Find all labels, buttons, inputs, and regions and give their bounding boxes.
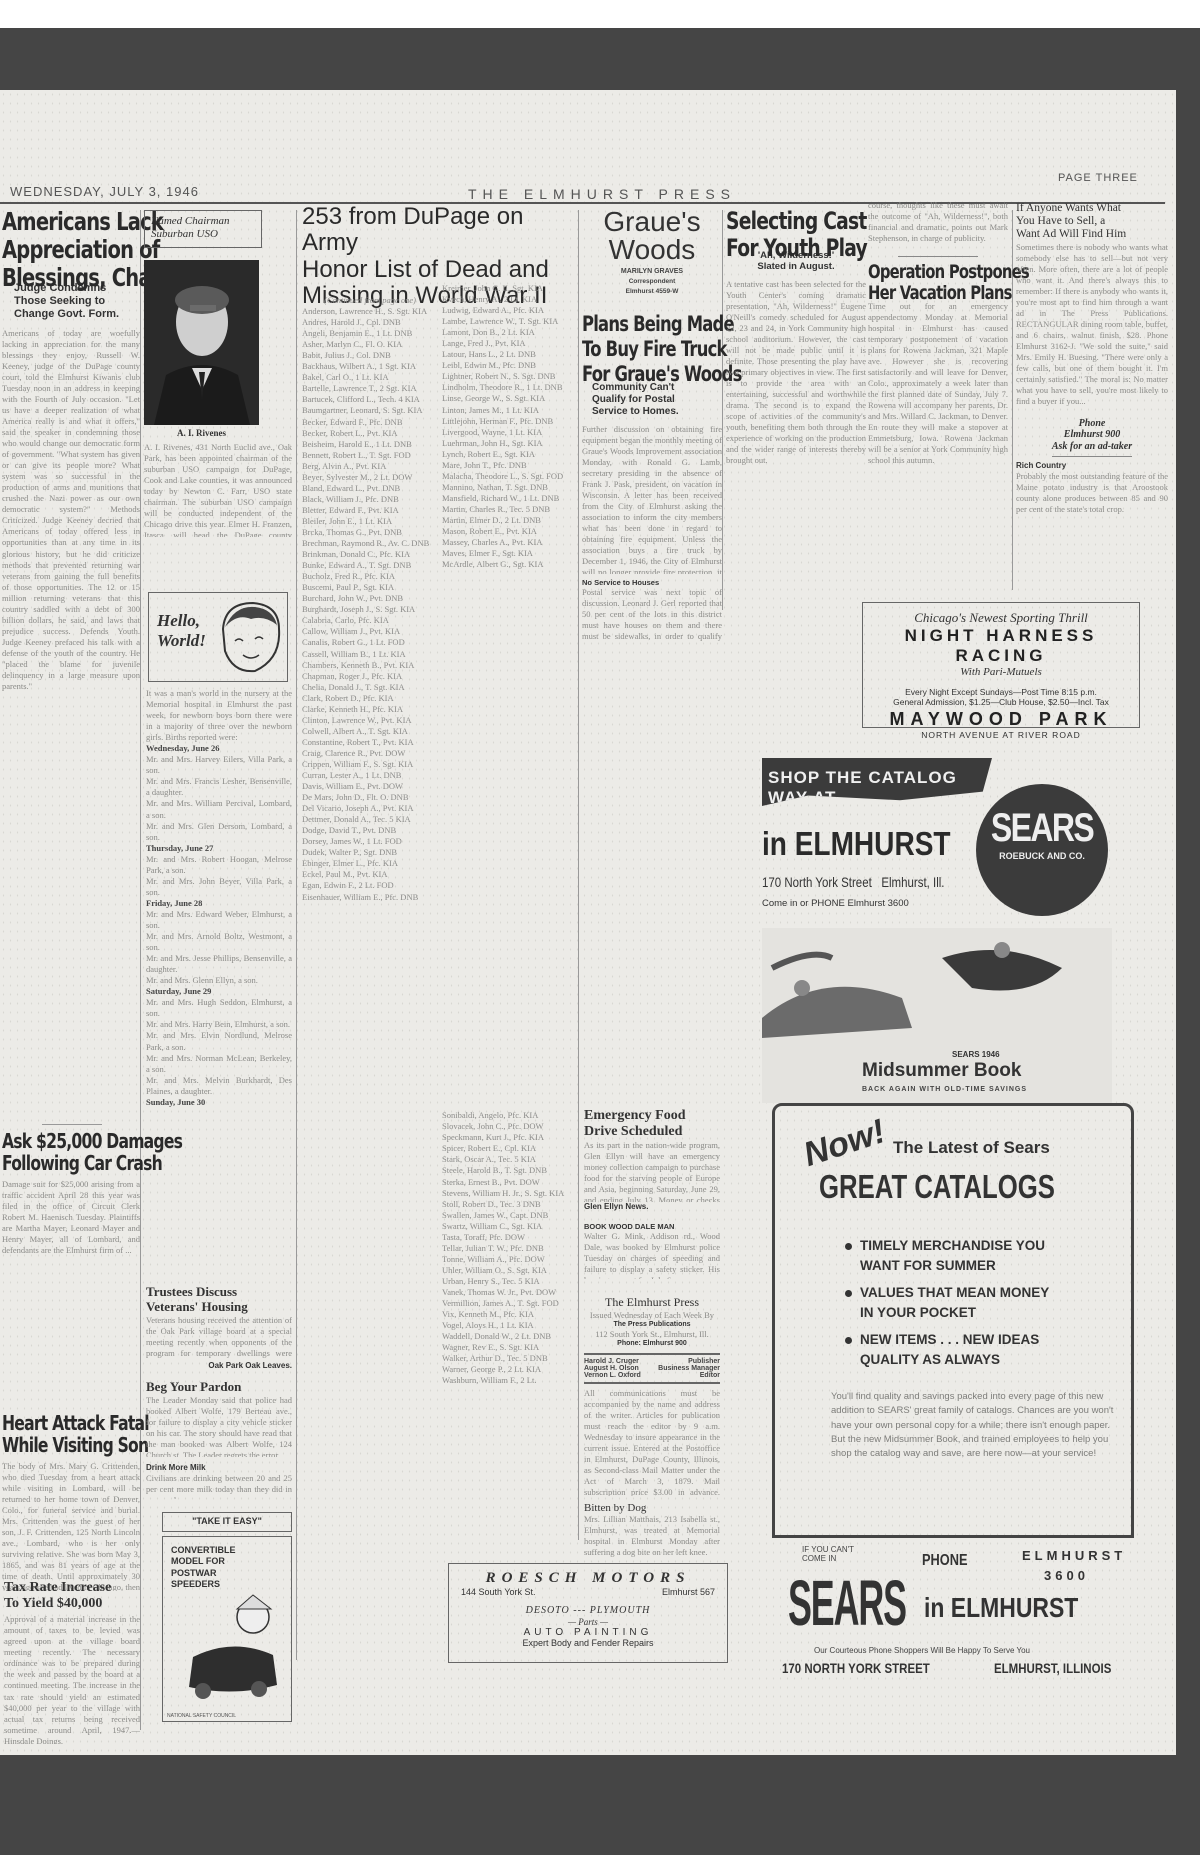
list-item: Buscemi, Paul P., Sgt. KIA bbox=[302, 582, 438, 593]
headline: Plans Being Made To Buy Fire Truck For G… bbox=[582, 312, 722, 388]
list-item: Martin, Elmer D., 2 Lt. DNB bbox=[442, 515, 578, 526]
list-item: Kvech, Henry A., 2 Lt. KIA bbox=[442, 294, 578, 305]
list-item: Mansfield, Richard W., 1 Lt. DNB bbox=[442, 493, 578, 504]
ad-harness-racing: Chicago's Newest Sporting Thrill NIGHT H… bbox=[862, 602, 1140, 728]
sears-city: in ELMHURST bbox=[762, 825, 951, 863]
list-item: Black, William J., Pfc. DNB bbox=[302, 494, 438, 505]
list-item: Mr. and Mrs. Harvey Eilers, Villa Park, … bbox=[146, 754, 292, 776]
list-item: Bennett, Robert L., T. Sgt. FOD bbox=[302, 450, 438, 461]
list-item: Linton, James M., 1 Lt. KIA bbox=[442, 405, 578, 416]
list-item: Chambers, Kenneth B., Pvt. KIA bbox=[302, 660, 438, 671]
list-item: Dettmer, Donald A., Tec. 5 KIA bbox=[302, 814, 438, 825]
staff-row: Harold J. CrugerPublisher bbox=[584, 1358, 720, 1365]
list-item: Stoll, Robert D., Tec. 3 DNB bbox=[442, 1199, 578, 1210]
list-item: Clarke, Kenneth H., Pfc. KIA bbox=[302, 704, 438, 715]
list-item: Mr. and Mrs. Harry Bein, Elmhurst, a son… bbox=[146, 1019, 292, 1030]
list-item: Lynch, Robert E., Sgt. KIA bbox=[442, 449, 578, 460]
list-item: Washburn, William F., 2 Lt. bbox=[442, 1375, 578, 1386]
beach-scene-icon bbox=[762, 928, 1112, 1048]
list-item: Maves, Elmer F., Sgt. KIA bbox=[442, 548, 578, 559]
list-item: Beisheim, Harold E., 1 Lt. DNB bbox=[302, 439, 438, 450]
births-day: Thursday, June 27 bbox=[146, 843, 292, 854]
article-body: Veterans housing received the attention … bbox=[146, 1315, 292, 1361]
list-item: Backhaus, Wilbert A., 1 Sgt. KIA bbox=[302, 361, 438, 372]
list-item: Becker, Robert L., Pvt. KIA bbox=[302, 428, 438, 439]
list-item: Malacha, Theodore L., S. Sgt. FOD bbox=[442, 471, 578, 482]
sears-great-catalogs: Now! The Latest of Sears GREAT CATALOGS … bbox=[772, 1103, 1134, 1538]
list-item: Lamont, Don B., 2 Lt. KIA bbox=[442, 327, 578, 338]
list-item: Brechman, Raymond R., Av. C. DNB bbox=[302, 538, 438, 549]
list-item: Callow, William J., Pvt. KIA bbox=[302, 626, 438, 637]
baby-face-icon bbox=[215, 599, 285, 677]
births-day: Sunday, June 30 bbox=[146, 1097, 292, 1108]
list-item: Mr. and Mrs. Norman McLean, Berkeley, a … bbox=[146, 1053, 292, 1075]
named-chairman-box: Named Chairman Suburban USO bbox=[144, 210, 262, 248]
list-item: Mannino, Nathan, T. Sgt. DNB bbox=[442, 482, 578, 493]
article-ask-damages: Ask $25,000 Damages Following Car Crash … bbox=[2, 1130, 140, 1389]
list-item: Leibl, Edwin M., Pfc. DNB bbox=[442, 360, 578, 371]
list-item: Bunke, Edward A., T. Sgt. DNB bbox=[302, 560, 438, 571]
births-day: Saturday, June 29 bbox=[146, 986, 292, 997]
article-americans: Americans Lack Appreciation of Blessings… bbox=[2, 208, 140, 988]
list-item: Dudek, Walter P., Sgt. DNB bbox=[302, 847, 438, 858]
honor-list-column-2: Kreimer, John C. II, Sgt. KIAKvech, Henr… bbox=[442, 283, 578, 1523]
list-item: Craig, Clarence R., Pvt. DOW bbox=[302, 748, 438, 759]
list-item: McArdle, Albert G., Sgt. KIA bbox=[442, 559, 578, 570]
hello-world-box: Hello, World! bbox=[148, 592, 288, 682]
list-item: Tasta, Toraff, Pfc. DOW bbox=[442, 1232, 578, 1243]
sears-phone-ad: IF YOU CAN'T COME IN SEARS PHONE ELMHURS… bbox=[772, 1542, 1152, 1692]
list-item: Curran, Lester A., 1 Lt. DNB bbox=[302, 770, 438, 781]
list-item: Vanek, Thomas W. Jr., Pvt. DOW bbox=[442, 1287, 578, 1298]
list-item: Mr. and Mrs. Melvin Burkhardt, Des Plain… bbox=[146, 1075, 292, 1097]
article-heart-attack: Heart Attack Fatal While Visiting Son Th… bbox=[2, 1412, 140, 1591]
column-rule bbox=[296, 210, 297, 1660]
portrait-photo bbox=[144, 260, 259, 425]
article-body: Damage suit for $25,000 arising from a t… bbox=[2, 1179, 140, 1389]
list-item: Uhler, William O., S. Sgt. KIA bbox=[442, 1265, 578, 1276]
staff-row: August H. OlsonBusiness Manager bbox=[584, 1365, 720, 1372]
take-it-easy-cartoon: CONVERTIBLE MODEL FOR POSTWAR SPEEDERS N… bbox=[162, 1536, 292, 1722]
sears-banner: SHOP THE CATALOG WAY AT bbox=[762, 758, 992, 806]
column-rule bbox=[722, 210, 723, 610]
list-item: Constantine, Robert T., Pvt. KIA bbox=[302, 737, 438, 748]
list-item: Bucholz, Fred R., Pfc. KIA bbox=[302, 571, 438, 582]
list-item: Latour, Hans L., 2 Lt. DNB bbox=[442, 349, 578, 360]
list-item: Mr. and Mrs. Jesse Phillips, Bensenville… bbox=[146, 953, 292, 975]
list-item: Kreimer, John C. II, Sgt. KIA bbox=[442, 283, 578, 294]
list-item: Wagner, Rev E., S. Sgt. KIA bbox=[442, 1342, 578, 1353]
list-item: Mr. and Mrs. Glenn Ellyn, a son. bbox=[146, 975, 292, 986]
article-body: A. I. Rivenes, 431 North Euclid ave., Oa… bbox=[144, 442, 292, 537]
list-item: Mr. and Mrs. Arnold Boltz, Westmont, a s… bbox=[146, 931, 292, 953]
list-item: Becker, Edward F., Pfc. DNB bbox=[302, 417, 438, 428]
list-item: Mr. and Mrs. Glen Dersom, Lombard, a son… bbox=[146, 821, 292, 843]
sears-logo: SEARS ROEBUCK AND CO. bbox=[976, 784, 1108, 916]
list-item: Martin, Charles R., Tec. 5 DNB bbox=[442, 504, 578, 515]
list-item: Vogel, Aloys H., 1 Lt. KIA bbox=[442, 1320, 578, 1331]
article-tax-rate: Tax Rate Increase To Yield $40,000 Appro… bbox=[4, 1580, 140, 1744]
list-item: Del Vicario, Joseph A., Pvt. KIA bbox=[302, 803, 438, 814]
headline: Selecting Cast For Youth Play bbox=[726, 208, 874, 262]
list-item: Babit, Julius J., Col. DNB bbox=[302, 350, 438, 361]
headline: Tax Rate Increase To Yield $40,000 bbox=[4, 1580, 140, 1612]
sears-call: Come in or PHONE Elmhurst 3600 bbox=[762, 898, 909, 909]
list-item: Walker, Arthur D., Tec. 5 DNB bbox=[442, 1353, 578, 1364]
sears-bullets: TIMELY MERCHANDISE YOUWANT FOR SUMMERVAL… bbox=[845, 1236, 1049, 1377]
list-item: Lightner, Robert N., S. Sgt. DNB bbox=[442, 371, 578, 382]
list-item: Burchard, John W., Pvt. DNB bbox=[302, 593, 438, 604]
list-item: Calabria, Carlo, Pfc. KIA bbox=[302, 615, 438, 626]
list-item: Sterka, Ernest B., Pvt. DOW bbox=[442, 1177, 578, 1188]
list-item: Eisenhauer, William E., Pfc. DNB bbox=[302, 892, 438, 903]
take-it-easy-title: "TAKE IT EASY" bbox=[162, 1512, 292, 1532]
issue-date: WEDNESDAY, JULY 3, 1946 bbox=[10, 184, 199, 199]
list-item: Vermillion, James A., T. Sgt. FOD bbox=[442, 1298, 578, 1309]
list-item: Bland, Edward L., Pvt. DNB bbox=[302, 483, 438, 494]
list-item: Mr. and Mrs. Hugh Seddon, Elmhurst, a so… bbox=[146, 997, 292, 1019]
list-item: Burghardt, Joseph J., S. Sgt. KIA bbox=[302, 604, 438, 615]
list-item: Luehrman, John H., Sgt. KIA bbox=[442, 438, 578, 449]
births-day: Wednesday, June 26 bbox=[146, 743, 292, 754]
list-item: Eckel, Paul M., Pvt. KIA bbox=[302, 869, 438, 880]
article-emergency-food: Emergency Food Drive Scheduled As its pa… bbox=[584, 1108, 720, 1279]
births-list: It was a man's world in the nursery at t… bbox=[146, 688, 292, 1108]
list-item: Spicer, Robert E., Cpl. KIA bbox=[442, 1143, 578, 1154]
article-want-ad: If Anyone Wants What You Have to Sell, a… bbox=[1016, 202, 1168, 517]
graues-woods-header: Graue's Woods MARILYN GRAVES Corresponde… bbox=[584, 208, 720, 295]
bullet-icon bbox=[845, 1243, 852, 1250]
list-item: Anderson, Lawrence H., S. Sgt. KIA bbox=[302, 306, 438, 317]
list-item: Mr. and Mrs. John Beyer, Villa Park, a s… bbox=[146, 876, 292, 898]
article-beg-pardon: Beg Your Pardon The Leader Monday said t… bbox=[146, 1380, 292, 1499]
list-item: Waddell, Donald W., 2 Lt. DNB bbox=[442, 1331, 578, 1342]
list-item: Colwell, Albert A., T. Sgt. KIA bbox=[302, 726, 438, 737]
article-operation: course, thoughts like these must await t… bbox=[868, 200, 1008, 501]
list-item: Sonibaldi, Angelo, Pfc. KIA bbox=[442, 1110, 578, 1121]
list-item: Dorsey, James W., 1 Lt. FOD bbox=[302, 836, 438, 847]
list-item: Ludwig, Edward A., Pfc. KIA bbox=[442, 305, 578, 316]
list-item: Lange, Fred J., Pvt. KIA bbox=[442, 338, 578, 349]
list-item: Lambe, Lawrence W., T. Sgt. KIA bbox=[442, 316, 578, 327]
article-body: The body of Mrs. Mary G. Crittenden, who… bbox=[2, 1461, 140, 1591]
list-item: Urban, Henry S., Tec. 5 KIA bbox=[442, 1276, 578, 1287]
article-selecting-cast: Selecting Cast For Youth Play 'Ah, Wilde… bbox=[726, 208, 866, 529]
list-item: Berg, Alvin A., Pvt. KIA bbox=[302, 461, 438, 472]
list-item: Mr. and Mrs. Robert Hoogan, Melrose Park… bbox=[146, 854, 292, 876]
sears-address: 170 North York Street Elmhurst, Ill. bbox=[762, 874, 945, 890]
list-item: Angeli, Benjamin E., 1 Lt. DNB bbox=[302, 328, 438, 339]
midsummer-book-illustration: SEARS 1946 Midsummer Book BACK AGAIN WIT… bbox=[762, 928, 1112, 1103]
bullet-item: TIMELY MERCHANDISE YOUWANT FOR SUMMER bbox=[845, 1236, 1049, 1275]
list-item: Tonne, William A., Pfc. DOW bbox=[442, 1254, 578, 1265]
article-trustees: Trustees Discuss Veterans' Housing Veter… bbox=[146, 1285, 292, 1370]
list-item: Mr. and Mrs. Francis Lesher, Bensenville… bbox=[146, 776, 292, 798]
ad-roesch-motors: ROESCH MOTORS 144 South York St.Elmhurst… bbox=[448, 1563, 728, 1663]
list-item: Tellar, Julian T. W., Pfc. DNB bbox=[442, 1243, 578, 1254]
list-item: Slovacek, John C., Pfc. DOW bbox=[442, 1121, 578, 1132]
headline: Operation Postpones Her Vacation Plans bbox=[868, 262, 1008, 305]
headline: Americans Lack Appreciation of Blessings… bbox=[2, 208, 142, 292]
list-item: Dodge, David T., Pvt. DNB bbox=[302, 825, 438, 836]
car-cartoon-icon bbox=[173, 1587, 283, 1707]
honor-list-column-1: (Continued from page one) Anderson, Lawr… bbox=[302, 295, 438, 1585]
list-item: Warner, George P., 2 Lt. KIA bbox=[442, 1364, 578, 1375]
list-item: Bartucek, Clifford L., Tech. 4 KIA bbox=[302, 394, 438, 405]
staff-row: Vernon L. OxfordEditor bbox=[584, 1372, 720, 1379]
list-item: Swartz, William C., Sgt. KIA bbox=[442, 1221, 578, 1232]
births-day: Friday, June 28 bbox=[146, 898, 292, 909]
list-item: Steele, Harold B., T. Sgt. DNB bbox=[442, 1165, 578, 1176]
article-body: Approval of a material increase in the a… bbox=[4, 1614, 140, 1744]
headline: If Anyone Wants What You Have to Sell, a… bbox=[1016, 202, 1168, 242]
paper-name: THE ELMHURST PRESS bbox=[468, 186, 736, 202]
list-item: Massey, Charles A., Pvt. KIA bbox=[442, 537, 578, 548]
sears-wordmark: SEARS bbox=[788, 1566, 906, 1640]
list-item: Swallen, James W., Capt. DNB bbox=[442, 1210, 578, 1221]
list-item: Speckmann, Kurt J., Pfc. KIA bbox=[442, 1132, 578, 1143]
list-item: Chapman, Roger J., Pfc. KIA bbox=[302, 671, 438, 682]
list-item: Clinton, Lawrence W., Pvt. KIA bbox=[302, 715, 438, 726]
list-item: Mr. and Mrs. Edward Weber, Elmhurst, a s… bbox=[146, 909, 292, 931]
list-item: Stark, Oscar A., Tec. 5 KIA bbox=[442, 1154, 578, 1165]
list-item: Baumgartner, Leonard, S. Sgt. KIA bbox=[302, 405, 438, 416]
list-item: Crippen, William F., S. Sgt. KIA bbox=[302, 759, 438, 770]
list-item: Stevens, William H. Jr., S. Sgt. KIA bbox=[442, 1188, 578, 1199]
bullet-icon bbox=[845, 1337, 852, 1344]
newspaper-page: WEDNESDAY, JULY 3, 1946 THE ELMHURST PRE… bbox=[0, 90, 1176, 1755]
list-item: Brcka, Thomas G., Pvt. DNB bbox=[302, 527, 438, 538]
list-item: Bakel, Carl O., 1 Lt. KIA bbox=[302, 372, 438, 383]
list-item: Egan, Edwin F., 2 Lt. FOD bbox=[302, 880, 438, 891]
list-item: Mr. and Mrs. William Percival, Lombard, … bbox=[146, 798, 292, 820]
list-item: Bletter, Edward F., Pvt. KIA bbox=[302, 505, 438, 516]
list-item: Andres, Harold J., Cpl. DNB bbox=[302, 317, 438, 328]
bullet-item: NEW ITEMS . . . NEW IDEASQUALITY AS ALWA… bbox=[845, 1330, 1049, 1369]
list-item: Mason, Robert E., Pvt. KIA bbox=[442, 526, 578, 537]
list-item: Asher, Marlyn C., Fl. O. KIA bbox=[302, 339, 438, 350]
list-item: Livergood, Wayne, 1 Lt. KIA bbox=[442, 427, 578, 438]
article-fire-truck: Plans Being Made To Buy Fire Truck For G… bbox=[582, 312, 722, 642]
list-item: Mare, John T., Pfc. DNB bbox=[442, 460, 578, 471]
headline: Trustees Discuss Veterans' Housing bbox=[146, 1285, 292, 1315]
list-item: Beyer, Sylvester M., 2 Lt. DOW bbox=[302, 472, 438, 483]
bullet-icon bbox=[845, 1290, 852, 1297]
list-item: Littlejohn, Herman F., Pfc. DNB bbox=[442, 416, 578, 427]
list-item: Ebinger, Elmer L., Pfc. KIA bbox=[302, 858, 438, 869]
list-item: Davis, William E., Pvt. DOW bbox=[302, 781, 438, 792]
list-item: Lindholm, Theodore R., 1 Lt. DNB bbox=[442, 382, 578, 393]
article-body: Americans of today are woefully lacking … bbox=[2, 328, 140, 988]
list-item: Brinkman, Donald C., Pfc. KIA bbox=[302, 549, 438, 560]
list-item: De Mars, John D., Flt. O. DNB bbox=[302, 792, 438, 803]
headline: Ask $25,000 Damages Following Car Crash bbox=[2, 1130, 142, 1175]
list-item: Clark, Robert D., Pfc. KIA bbox=[302, 693, 438, 704]
list-item: Bleiler, John E., 1 Lt. KIA bbox=[302, 516, 438, 527]
list-item: Bartelle, Lawrence T., 2 Sgt. KIA bbox=[302, 383, 438, 394]
list-item: Chelia, Donald J., T. Sgt. KIA bbox=[302, 682, 438, 693]
bullet-item: VALUES THAT MEAN MONEYIN YOUR POCKET bbox=[845, 1283, 1049, 1322]
list-item: Canalis, Robert G., 1 Lt. FOD bbox=[302, 637, 438, 648]
column-rule bbox=[140, 210, 141, 1730]
list-item: Vix, Kenneth M., Pfc. KIA bbox=[442, 1309, 578, 1320]
column-rule bbox=[578, 210, 579, 1540]
staff-box: The Elmhurst Press Issued Wednesday of E… bbox=[584, 1296, 720, 1564]
photo-caption: A. I. Rivenes bbox=[144, 428, 259, 438]
list-item: Linse, George W., S. Sgt. KIA bbox=[442, 393, 578, 404]
page-number: PAGE THREE bbox=[1058, 172, 1138, 184]
list-item: Cassell, William B., 1 Lt. KIA bbox=[302, 649, 438, 660]
list-item: Mr. and Mrs. Elvin Nordlund, Melrose Par… bbox=[146, 1030, 292, 1052]
headline: Heart Attack Fatal While Visiting Son bbox=[2, 1412, 142, 1457]
